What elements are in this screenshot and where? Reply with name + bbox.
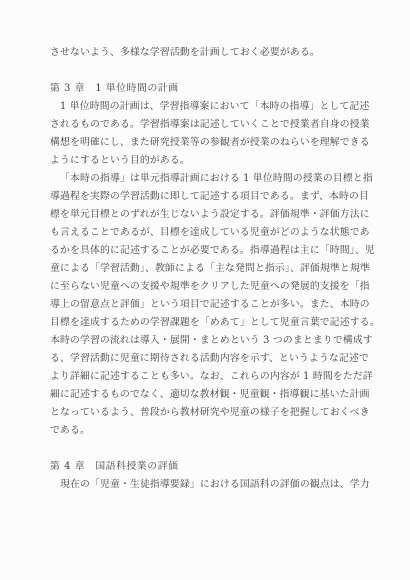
text-line: 細に記述するものでなく、適切な教材観・児童観・指導観に基いた計画 [50,386,364,404]
text-column: させないよう、多様な学習活動を計画しておく必要がある。第 3 章 1 単位時間の… [50,44,364,494]
section-heading: 第 3 章 1 単位時間の計画 [50,80,364,98]
text-line: ようにするという目的がある。 [50,152,364,170]
text-line: る、学習活動に児童に期待される活動内容を示す、というような記述で [50,350,364,368]
text-line: も言えることであるが、目標を達成している児童がどのような状態であ [50,224,364,242]
text-line: 童による「学習活動」、教師による「主な発問と指示」、評価規準と規準 [50,260,364,278]
document-page: させないよう、多様な学習活動を計画しておく必要がある。第 3 章 1 単位時間の… [0,0,410,580]
blank-line [50,440,364,458]
text-line: である。 [50,422,364,440]
text-line: 「本時の指導」は単元指導計画における 1 単位時間の授業の目標と指 [50,170,364,188]
text-line: 導上の留意点と評価」という項目で記述することが多い。また、本時の [50,296,364,314]
text-line: されるものである。学習指導案は記述していくことで授業者自身の授業 [50,116,364,134]
text-line: るかを具体的に記述することが必要である。指導過程は主に「時間」、児 [50,242,364,260]
text-line: させないよう、多様な学習活動を計画しておく必要がある。 [50,44,364,62]
text-line: 導過程を実際の学習活動に即して記述する項目である。まず、本時の目 [50,188,364,206]
text-line: より詳細に記述することも多い。なお、これらの内容が 1 時間をただ詳 [50,368,364,386]
section-heading: 第 4 章 国語科授業の評価 [50,458,364,476]
text-line: 構想を明確にし、また研究授業等の参観者が授業のねらいを理解できる [50,134,364,152]
text-line: 標を単元目標とのずれが生じないよう設定する。評価規準・評価方法に [50,206,364,224]
text-line: 現在の「児童・生徒指導要録」における国語科の評価の観点は、学力 [50,476,364,494]
blank-line [50,62,364,80]
text-line: 本時の学習の流れは導入・展開・まとめという 3 つのまとまりで構成す [50,332,364,350]
text-line: となっているよう、普段から教材研究や児童の様子を把握しておくべき [50,404,364,422]
text-line: 1 単位時間の計画は、学習指導案において「本時の指導」として記述 [50,98,364,116]
text-line: 目標を達成するための学習課題を「めあて」として児童言葉で記述する。 [50,314,364,332]
text-line: に至らない児童への支援や規準をクリアした児童への発展的支援を「指 [50,278,364,296]
